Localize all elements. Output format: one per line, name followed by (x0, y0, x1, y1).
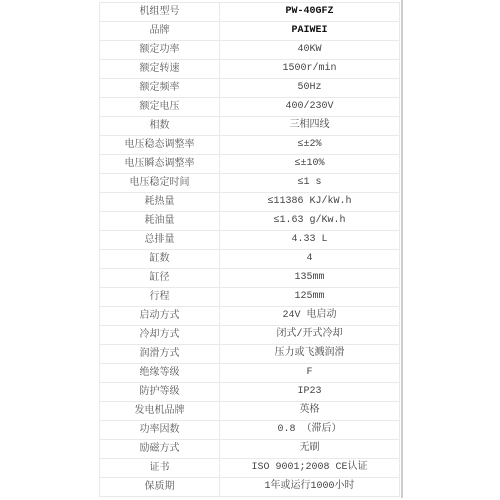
spec-value-cell: 4.33 L (220, 231, 400, 250)
spec-label-cell: 启动方式 (100, 307, 220, 326)
table-row: 冷却方式闭式/开式冷却 (100, 326, 400, 345)
table-row: 缸数4 (100, 250, 400, 269)
spec-value-cell: 50Hz (220, 79, 400, 98)
spec-value-cell: 1年或运行1000小时 (220, 478, 400, 497)
table-row: 电压瞬态调整率≤±10% (100, 155, 400, 174)
spec-value-cell: 24V 电启动 (220, 307, 400, 326)
spec-label-cell: 额定电压 (100, 98, 220, 117)
spec-value-cell: ISO 9001;2008 CE认证 (220, 459, 400, 478)
spec-label-cell: 机组型号 (100, 3, 220, 22)
spec-table-container: 机组型号PW-40GFZ品牌PAIWEI额定功率40KW额定转速1500r/mi… (99, 2, 400, 497)
table-row: 相数三相四线 (100, 117, 400, 136)
spec-value-cell: 压力或飞溅润滑 (220, 345, 400, 364)
spec-label-cell: 冷却方式 (100, 326, 220, 345)
table-row: 防护等级IP23 (100, 383, 400, 402)
spec-value-cell: 三相四线 (220, 117, 400, 136)
spec-value-cell: 无刷 (220, 440, 400, 459)
spec-value-cell: 125mm (220, 288, 400, 307)
spec-label-cell: 缸径 (100, 269, 220, 288)
spec-value-cell: PAIWEI (220, 22, 400, 41)
spec-label-cell: 防护等级 (100, 383, 220, 402)
spec-label-cell: 证书 (100, 459, 220, 478)
spec-label-cell: 保质期 (100, 478, 220, 497)
spec-label-cell: 缸数 (100, 250, 220, 269)
spec-table: 机组型号PW-40GFZ品牌PAIWEI额定功率40KW额定转速1500r/mi… (99, 2, 400, 497)
table-row: 励磁方式无刷 (100, 440, 400, 459)
spec-value-cell: 4 (220, 250, 400, 269)
table-row: 额定频率50Hz (100, 79, 400, 98)
spec-value-cell: PW-40GFZ (220, 3, 400, 22)
vertical-divider-line (401, 0, 403, 498)
spec-label-cell: 电压瞬态调整率 (100, 155, 220, 174)
table-row: 润滑方式压力或飞溅润滑 (100, 345, 400, 364)
table-row: 额定电压400/230V (100, 98, 400, 117)
spec-value-cell: 0.8 （滞后） (220, 421, 400, 440)
table-row: 耗油量≤1.63 g/Kw.h (100, 212, 400, 231)
spec-label-cell: 功率因数 (100, 421, 220, 440)
table-row: 总排量4.33 L (100, 231, 400, 250)
spec-value-cell: 闭式/开式冷却 (220, 326, 400, 345)
spec-label-cell: 发电机品牌 (100, 402, 220, 421)
spec-value-cell: 40KW (220, 41, 400, 60)
spec-label-cell: 绝缘等级 (100, 364, 220, 383)
table-row: 机组型号PW-40GFZ (100, 3, 400, 22)
spec-value-cell: 1500r/min (220, 60, 400, 79)
spec-value-cell: ≤±2% (220, 136, 400, 155)
table-row: 功率因数0.8 （滞后） (100, 421, 400, 440)
table-row: 额定转速1500r/min (100, 60, 400, 79)
spec-label-cell: 行程 (100, 288, 220, 307)
spec-value-cell: F (220, 364, 400, 383)
table-row: 缸径135mm (100, 269, 400, 288)
spec-label-cell: 额定转速 (100, 60, 220, 79)
table-row: 电压稳态调整率≤±2% (100, 136, 400, 155)
table-row: 证书ISO 9001;2008 CE认证 (100, 459, 400, 478)
table-row: 电压稳定时间≤1 s (100, 174, 400, 193)
spec-value-cell: ≤1 s (220, 174, 400, 193)
table-row: 品牌PAIWEI (100, 22, 400, 41)
spec-label-cell: 总排量 (100, 231, 220, 250)
spec-table-body: 机组型号PW-40GFZ品牌PAIWEI额定功率40KW额定转速1500r/mi… (100, 3, 400, 497)
spec-label-cell: 额定频率 (100, 79, 220, 98)
spec-value-cell: ≤±10% (220, 155, 400, 174)
table-row: 额定功率40KW (100, 41, 400, 60)
table-row: 绝缘等级F (100, 364, 400, 383)
spec-label-cell: 耗油量 (100, 212, 220, 231)
table-row: 启动方式24V 电启动 (100, 307, 400, 326)
spec-label-cell: 相数 (100, 117, 220, 136)
spec-label-cell: 耗热量 (100, 193, 220, 212)
spec-label-cell: 品牌 (100, 22, 220, 41)
table-row: 保质期1年或运行1000小时 (100, 478, 400, 497)
spec-value-cell: IP23 (220, 383, 400, 402)
table-row: 发电机品牌英格 (100, 402, 400, 421)
spec-value-cell: ≤1.63 g/Kw.h (220, 212, 400, 231)
spec-value-cell: 135mm (220, 269, 400, 288)
spec-value-cell: 英格 (220, 402, 400, 421)
spec-label-cell: 电压稳态调整率 (100, 136, 220, 155)
spec-label-cell: 励磁方式 (100, 440, 220, 459)
table-row: 耗热量≤11386 KJ/kW.h (100, 193, 400, 212)
spec-value-cell: 400/230V (220, 98, 400, 117)
spec-label-cell: 润滑方式 (100, 345, 220, 364)
spec-label-cell: 额定功率 (100, 41, 220, 60)
spec-label-cell: 电压稳定时间 (100, 174, 220, 193)
spec-value-cell: ≤11386 KJ/kW.h (220, 193, 400, 212)
table-row: 行程125mm (100, 288, 400, 307)
